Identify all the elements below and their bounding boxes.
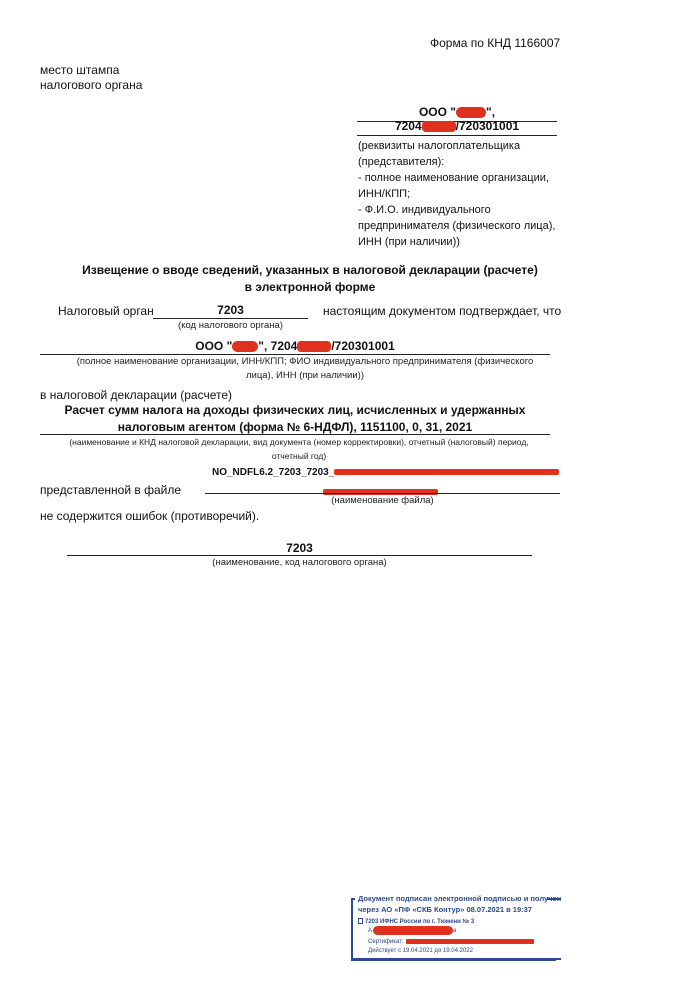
file-label: представленной в файле: [40, 482, 181, 499]
inn-prefix: 7204: [395, 119, 422, 133]
caption-line: - полное наименование организации,: [358, 170, 568, 186]
redaction: [334, 469, 559, 475]
caption-line: ИНН/КПП;: [358, 186, 568, 202]
caption-line: - Ф.И.О. индивидуального: [358, 202, 568, 218]
stamp-validity: Действует с 19.04.2021 до 19.04.2022: [368, 946, 473, 956]
taxpayer-name-prefix: ООО ": [419, 105, 456, 119]
file-name: NO_NDFL6.2_7203_7203_: [212, 466, 559, 480]
result-text: не содержится ошибок (противоречий).: [40, 508, 259, 525]
stamp-place-line2: налогового органа: [40, 77, 142, 94]
stamp-top-left-border: [351, 898, 355, 900]
redaction: [297, 341, 331, 352]
certificate-icon: [358, 918, 363, 924]
owner-prefix: А: [368, 928, 372, 934]
title-line1: Извещение о вводе сведений, указанных в …: [40, 262, 580, 279]
title-line2: в электронной форме: [40, 279, 580, 296]
caption-line: лица), ИНН (при наличии)): [40, 369, 570, 383]
document-title: Извещение о вводе сведений, указанных в …: [40, 262, 580, 296]
redaction: [406, 939, 534, 944]
file-name-prefix: NO_NDFL6.2_7203_7203_: [212, 467, 334, 478]
confirms-text: настоящим документом подтверждает, что: [323, 303, 561, 320]
caption-line: (полное наименование организации, ИНН/КП…: [40, 355, 570, 369]
tax-authority-label: Налоговый орган: [58, 303, 154, 320]
caption-line: ИНН (при наличии)): [358, 234, 568, 250]
org-prefix: ООО ": [195, 339, 232, 353]
org-suffix: /720301001: [331, 339, 394, 353]
certificate-label: Сертификат:: [368, 939, 404, 945]
tax-authority-code: 7203: [153, 302, 308, 319]
tax-authority-caption: (код налогового органа): [153, 319, 308, 333]
signature-authority-caption: (наименование, код налогового органа): [67, 556, 532, 570]
declaration-caption: (наименование и КНД налоговой декларации…: [34, 435, 564, 463]
taxpayer-inn-underline: [357, 135, 557, 136]
taxpayer-caption: (реквизиты налогоплательщика (представит…: [358, 138, 568, 250]
stamp-owner: Аа: [368, 926, 456, 936]
form-code: Форма по КНД 1166007: [430, 35, 560, 52]
organization-value: ООО "", 7204/720301001: [40, 338, 550, 355]
stamp-line1: Документ подписан электронной подписью и…: [358, 894, 561, 904]
stamp-authority: 7203 ИФНС России по г. Тюмени № 3: [365, 919, 474, 925]
stamp-bottom-border: [351, 958, 561, 960]
redaction: [373, 926, 453, 935]
redaction: [232, 341, 258, 352]
redaction: [456, 107, 486, 118]
kpp: /720301001: [456, 119, 519, 133]
organization-caption: (полное наименование организации, ИНН/КП…: [40, 355, 570, 383]
declaration-line1: Расчет сумм налога на доходы физических …: [40, 402, 550, 419]
redaction: [422, 121, 456, 132]
caption-line: (представителя):: [358, 154, 568, 170]
caption-line: отчетный год): [34, 449, 564, 463]
stamp-line2: через АО «ПФ «СКБ Контур» 08.07.2021 в 1…: [358, 905, 532, 915]
declaration-value: Расчет сумм налога на доходы физических …: [40, 402, 550, 436]
owner-suffix: а: [453, 928, 456, 934]
taxpayer-name-suffix: ",: [486, 105, 495, 119]
taxpayer-inn-kpp: 7204/720301001: [357, 118, 557, 135]
org-middle: ", 7204: [258, 339, 297, 353]
caption-line: (наименование и КНД налоговой декларации…: [34, 435, 564, 449]
caption-line: (реквизиты налогоплательщика: [358, 138, 568, 154]
file-caption: (наименование файла): [205, 494, 560, 508]
caption-line: предпринимателя (физического лица),: [358, 218, 568, 234]
